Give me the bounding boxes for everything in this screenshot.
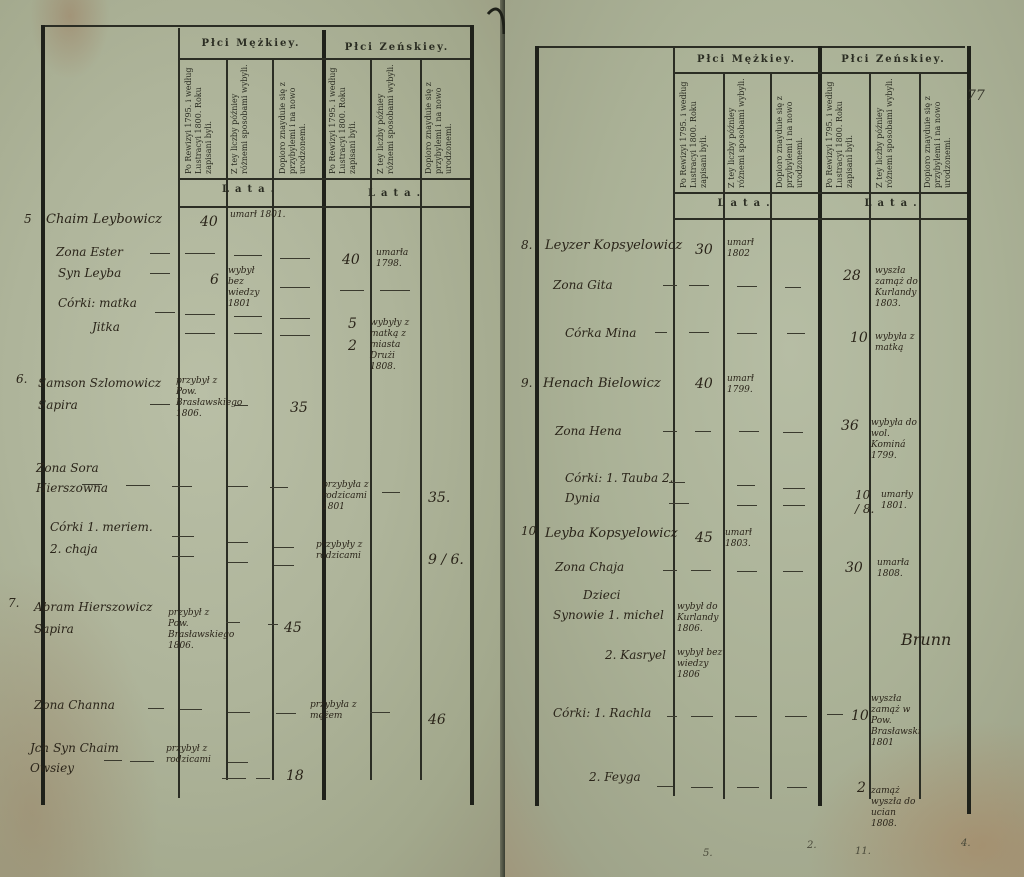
remark: umarł 1799.: [727, 374, 771, 396]
signature: Brunn: [901, 630, 951, 649]
person-name: Leyzer Kopsyelowicz: [545, 238, 682, 253]
column-header: Po Rewizyi 1795. i według Lustracyi 1800…: [679, 78, 719, 188]
age-value: 45: [284, 620, 302, 636]
column-header: Z tey liczby późniey różnemi sposobami w…: [875, 78, 915, 188]
age-value: 36: [841, 418, 859, 434]
age-value: 35: [290, 400, 308, 416]
group-divider: [322, 30, 326, 800]
age-value: 40: [695, 376, 713, 392]
person-name: Jitka: [92, 320, 120, 334]
remark: przybył z Pow. Brasławskiego 1806.: [176, 376, 224, 420]
remark: umarł 1801.: [230, 210, 286, 221]
remark: wybyły z matką z miasta Drużi 1808.: [370, 318, 420, 373]
frame-right: [967, 46, 971, 814]
frame-left: [535, 46, 539, 806]
person-name: Synowie 1. michel: [553, 608, 664, 622]
children-label: Dzieci: [583, 588, 620, 602]
person-name: 2. Kasryel: [605, 648, 666, 662]
column-header: Po Rewizyi 1795. i według Lustracyi 1800…: [328, 64, 366, 174]
col-divider: [272, 60, 274, 780]
remark: zamąż wyszła do ucian 1808.: [871, 786, 919, 830]
column-header: Dopioro znayduie się z przybylemi i na n…: [923, 78, 963, 188]
remark: wyszła zamąż w Pow. Brasławski 1801: [871, 694, 919, 749]
female-group-header: Płci Zeńskiey.: [324, 42, 470, 53]
header-rule: [675, 192, 967, 194]
age-value: 10: [851, 708, 869, 724]
age-value: 2: [857, 780, 866, 796]
person-name: Córki: matka: [58, 296, 137, 310]
male-group-header: Płci Mężkiey.: [180, 38, 322, 49]
remark: przybył z rodzicami: [166, 744, 220, 766]
remark: przybyły z rodzicami: [316, 540, 366, 562]
person-name: Córka Mina: [565, 326, 636, 340]
column-header: Dopioro znayduie się z przybylemi i na n…: [775, 78, 815, 188]
remark: umarły 1801.: [881, 490, 921, 512]
male-group-header: Płci Mężkiey.: [675, 54, 818, 65]
age-value: 6: [210, 272, 219, 288]
person-name: Zona Ester: [56, 245, 123, 259]
person-name: Zona Channa: [34, 698, 115, 712]
frame-right: [470, 25, 474, 805]
col-divider: [673, 46, 675, 796]
entry-number: 6.: [16, 372, 27, 386]
years-label: Lata.: [675, 198, 818, 209]
person-name: Zona Chaja: [555, 560, 624, 574]
remark: umarł 1803.: [725, 528, 773, 550]
age-value: 2: [348, 338, 357, 354]
age-value: 30: [845, 560, 863, 576]
person-name: Zona Hena: [555, 424, 622, 438]
frame-top: [535, 46, 965, 48]
remark: umarła 1798.: [376, 248, 420, 270]
remark: umarła 1808.: [877, 558, 921, 580]
col-divider: [420, 60, 422, 780]
column-header: Dopioro znayduie się z przybylemi i na n…: [278, 64, 318, 174]
years-label: Lata.: [324, 188, 470, 199]
left-page: Płci Mężkiey. Płci Zeńskiey. Po Rewizyi …: [0, 0, 505, 877]
remark: wybył bez wiedzy 1806: [677, 648, 725, 681]
header-rule: [675, 218, 967, 220]
footer-mark: 11.: [855, 846, 871, 857]
footer-mark: 5.: [703, 848, 713, 859]
person-name: Henach Bielowicz: [543, 376, 661, 391]
age-value: 5: [348, 316, 357, 332]
person-name: Leyba Kopsyelowicz: [545, 526, 678, 541]
years-label: Lata.: [820, 198, 967, 209]
remark: wybył bez wiedzy 1801: [228, 266, 272, 310]
header-rule: [180, 178, 470, 180]
age-value: 35.: [428, 490, 450, 506]
remark: wybyła do wol. Kominá 1799.: [871, 418, 919, 462]
entry-number: 10: [521, 524, 536, 538]
person-name: Zona Gita: [553, 278, 613, 292]
column-header: Z tey liczby późniey różnemi sposobami w…: [376, 64, 414, 174]
header-rule: [180, 58, 470, 60]
entry-number: 9.: [521, 376, 532, 390]
col-divider: [919, 74, 921, 799]
age-value: 40: [200, 214, 218, 230]
column-header: Dopioro znayduie się z przybylemi i na n…: [424, 64, 464, 174]
person-name: Abram Hierszowicz Sapira: [34, 596, 154, 640]
remark: przybyła z mężem: [310, 700, 366, 722]
folio-number: 77: [967, 88, 985, 104]
person-name: Córki 1. meriem. 2. chaja: [50, 516, 160, 560]
column-header: Z tey liczby późniey różnemi sposobami w…: [727, 78, 767, 188]
remark: umarł 1802: [727, 238, 771, 260]
remark: wybył do Kurlandy 1806.: [677, 602, 725, 635]
person-name: Córki: 1. Rachla: [553, 706, 651, 720]
col-divider: [723, 74, 725, 799]
header-rule: [180, 206, 470, 208]
person-name: Córki: 1. Tauba 2. Dynia: [565, 468, 675, 508]
remark: wybyła z matką: [875, 332, 919, 354]
col-divider: [770, 74, 772, 799]
col-divider: [226, 60, 228, 780]
age-value: 10: [850, 330, 868, 346]
years-label: Lata.: [180, 184, 322, 195]
column-header: Z tey liczby późniey różnemi sposobami w…: [230, 64, 268, 174]
age-value: 18: [286, 768, 304, 784]
group-divider: [818, 46, 822, 806]
entry-number: 7.: [8, 596, 19, 610]
person-name: Samson Szlomowicz Sapira: [38, 372, 168, 416]
person-name: Chaim Leybowicz: [46, 212, 162, 227]
person-name: Zona Sora Hierszowna: [36, 458, 166, 498]
remark: przybył z Pow. Brasławskiego 1806.: [168, 608, 218, 652]
header-rule: [675, 72, 967, 74]
frame-top: [44, 25, 474, 27]
age-value: 40: [342, 252, 360, 268]
remark: przybyła z rodzicami 1801: [322, 480, 372, 513]
female-group-header: Płci Zeńskiey.: [820, 54, 967, 65]
entry-number: 8.: [521, 238, 532, 252]
footer-mark: 4.: [961, 838, 971, 849]
col-divider: [370, 60, 372, 780]
age-value: 10 / 8.: [855, 488, 875, 516]
age-value: 46: [428, 712, 446, 728]
age-value: 9 / 6.: [428, 552, 464, 568]
right-page: Płci Mężkiey. Płci Zeńskiey. Po Rewizyi …: [505, 0, 1024, 877]
column-header: Po Rewizyi 1795. i według Lustracyi 1800…: [184, 64, 222, 174]
person-name: Jch Syn Chaim Owsiey: [30, 738, 150, 778]
age-value: 30: [695, 242, 713, 258]
person-name: Syn Leyba: [58, 266, 121, 280]
remark: wyszła zamąż do Kurlandy 1803.: [875, 266, 923, 310]
entry-number: 5: [24, 212, 32, 226]
footer-mark: 2.: [807, 840, 817, 851]
person-name: 2. Feyga: [589, 770, 641, 784]
age-value: 45: [695, 530, 713, 546]
column-header: Po Rewizyi 1795. i według Lustracyi 1800…: [825, 78, 865, 188]
age-value: 28: [843, 268, 861, 284]
